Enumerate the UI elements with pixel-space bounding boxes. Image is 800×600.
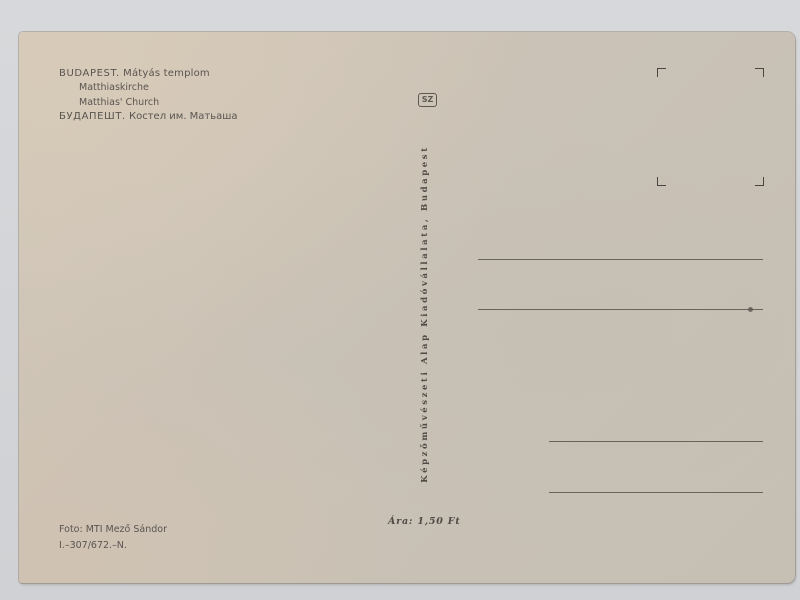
publisher-vertical-text: Képzőművészeti Alap Kiadóvállalata, Buda… bbox=[420, 145, 430, 482]
address-line-2 bbox=[478, 309, 763, 310]
sz-publisher-logo-icon: SZ bbox=[418, 93, 437, 107]
caption-hungarian: BUDAPEST. Mátyás templom bbox=[59, 68, 210, 79]
photo-credit: Foto: MTI Mező Sándor bbox=[59, 524, 167, 535]
caption-title-ru: Костел им. Матьаша bbox=[129, 111, 238, 122]
stamp-corner-top-left-icon bbox=[657, 68, 666, 77]
caption-russian: БУДАПЕШТ. Костел им. Матьаша bbox=[59, 111, 238, 122]
caption-english: Matthias' Church bbox=[79, 97, 159, 108]
address-line-3 bbox=[549, 441, 763, 442]
caption-german: Matthiaskirche bbox=[79, 82, 149, 93]
caption-city-ru: БУДАПЕШТ. bbox=[59, 111, 126, 122]
caption-city-hu: BUDAPEST. bbox=[59, 68, 120, 79]
ink-spot bbox=[748, 307, 753, 312]
address-line-1 bbox=[478, 259, 763, 260]
stamp-corner-bottom-left-icon bbox=[657, 177, 666, 186]
price-label: Ára: 1,50 Ft bbox=[388, 516, 461, 527]
caption-title-hu: Mátyás templom bbox=[123, 68, 210, 79]
stamp-corner-bottom-right-icon bbox=[755, 177, 764, 186]
address-line-4 bbox=[549, 492, 763, 493]
catalog-number: I.–307/672.–N. bbox=[59, 540, 127, 551]
postcard-back: BUDAPEST. Mátyás templom Matthiaskirche … bbox=[19, 32, 795, 583]
stamp-corner-top-right-icon bbox=[755, 68, 764, 77]
